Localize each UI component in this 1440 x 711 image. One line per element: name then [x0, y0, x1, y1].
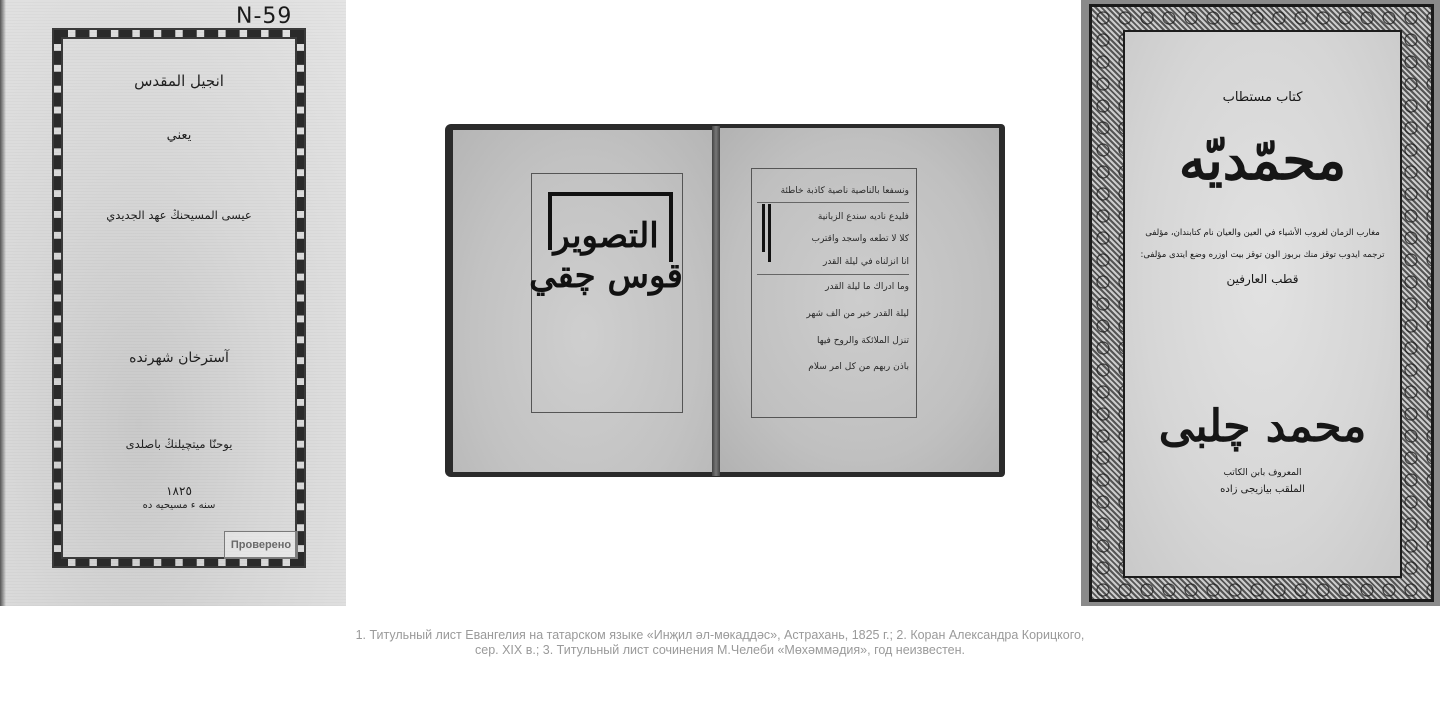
printer-line: يوحنّا ميتچيلنڭ باصلدى: [54, 437, 304, 451]
title-line: انجيل المقدس: [54, 72, 304, 90]
right-text-frame: [751, 168, 917, 418]
left-page-calligraphy: التصوير قوس چقي: [526, 216, 686, 296]
year-line: ١٨٢٥: [54, 484, 304, 498]
description-line-2: ترجمه ايدوب توقز منك بربوز الون توقز بيت…: [1125, 250, 1400, 260]
main-title: محمّديّه: [1125, 130, 1400, 190]
figure-caption: 1. Титульный лист Евангелия на татарском…: [0, 628, 1440, 658]
verse-line: وما ادراك ما ليلة القدر: [757, 282, 909, 292]
muhammadiya-title-page-photo: كتاب مستطاب محمّديّه مغارب الزمان لغروب …: [1081, 0, 1440, 606]
title-field: كتاب مستطاب محمّديّه مغارب الزمان لغروب …: [1123, 30, 1402, 578]
verse-line: فليدع ناديه سندع الزبانية: [757, 212, 909, 222]
book-gutter: [712, 126, 720, 476]
header-line: كتاب مستطاب: [1125, 90, 1400, 105]
author-sub-1: المعروف بابن الكاتب: [1125, 468, 1400, 478]
subtitle-line: يعني: [54, 128, 304, 143]
verification-stamp: Проверено: [224, 531, 298, 559]
spine-shadow: [0, 0, 6, 606]
figure-panel: Ν-59 انجيل المقدس يعني عيسى المسيحنڭ عهد…: [0, 0, 1440, 711]
verse-line: باذن ربهم من كل امر سلام: [757, 362, 909, 372]
rule-line: [757, 202, 909, 203]
era-line: سنه ء مسيحيه ده: [54, 500, 304, 511]
inventory-mark: Ν-59: [236, 4, 292, 29]
place-line: آسترخان شهرنده: [54, 350, 304, 366]
calligraphy-overline: [551, 192, 671, 196]
verse-line: ونسفعا بالناصية ناصية كاذبة خاطئة: [757, 186, 909, 196]
testament-line: عيسى المسيحنڭ عهد الجديدي: [54, 208, 304, 222]
author-sub-2: الملقب بيازيجى زاده: [1125, 484, 1400, 495]
verse-line: تنزل الملائكة والروح فيها: [757, 336, 909, 346]
caption-line-2: сер. XIX в.; 3. Титульный лист сочинения…: [0, 643, 1440, 658]
caption-line-1: 1. Титульный лист Евангелия на татарском…: [0, 628, 1440, 643]
description-line-1: مغارب الزمان لغروب الأشياء في العين والع…: [1125, 228, 1400, 238]
koran-open-book-photo: التصوير قوس چقي ونسفعا بالناصية ناصية كا…: [431, 124, 1007, 479]
epithet-line: قطب العارفين: [1125, 272, 1400, 286]
verse-line: كلا لا تطعه واسجد واقترب: [757, 234, 909, 244]
rule-line: [757, 274, 909, 275]
gospel-title-page-photo: Ν-59 انجيل المقدس يعني عيسى المسيحنڭ عهد…: [0, 0, 346, 606]
verse-line: انا انزلناه في ليلة القدر: [757, 257, 909, 267]
author-name: محمد چلبى: [1125, 402, 1400, 452]
verse-line: ليلة القدر خير من الف شهر: [757, 309, 909, 319]
